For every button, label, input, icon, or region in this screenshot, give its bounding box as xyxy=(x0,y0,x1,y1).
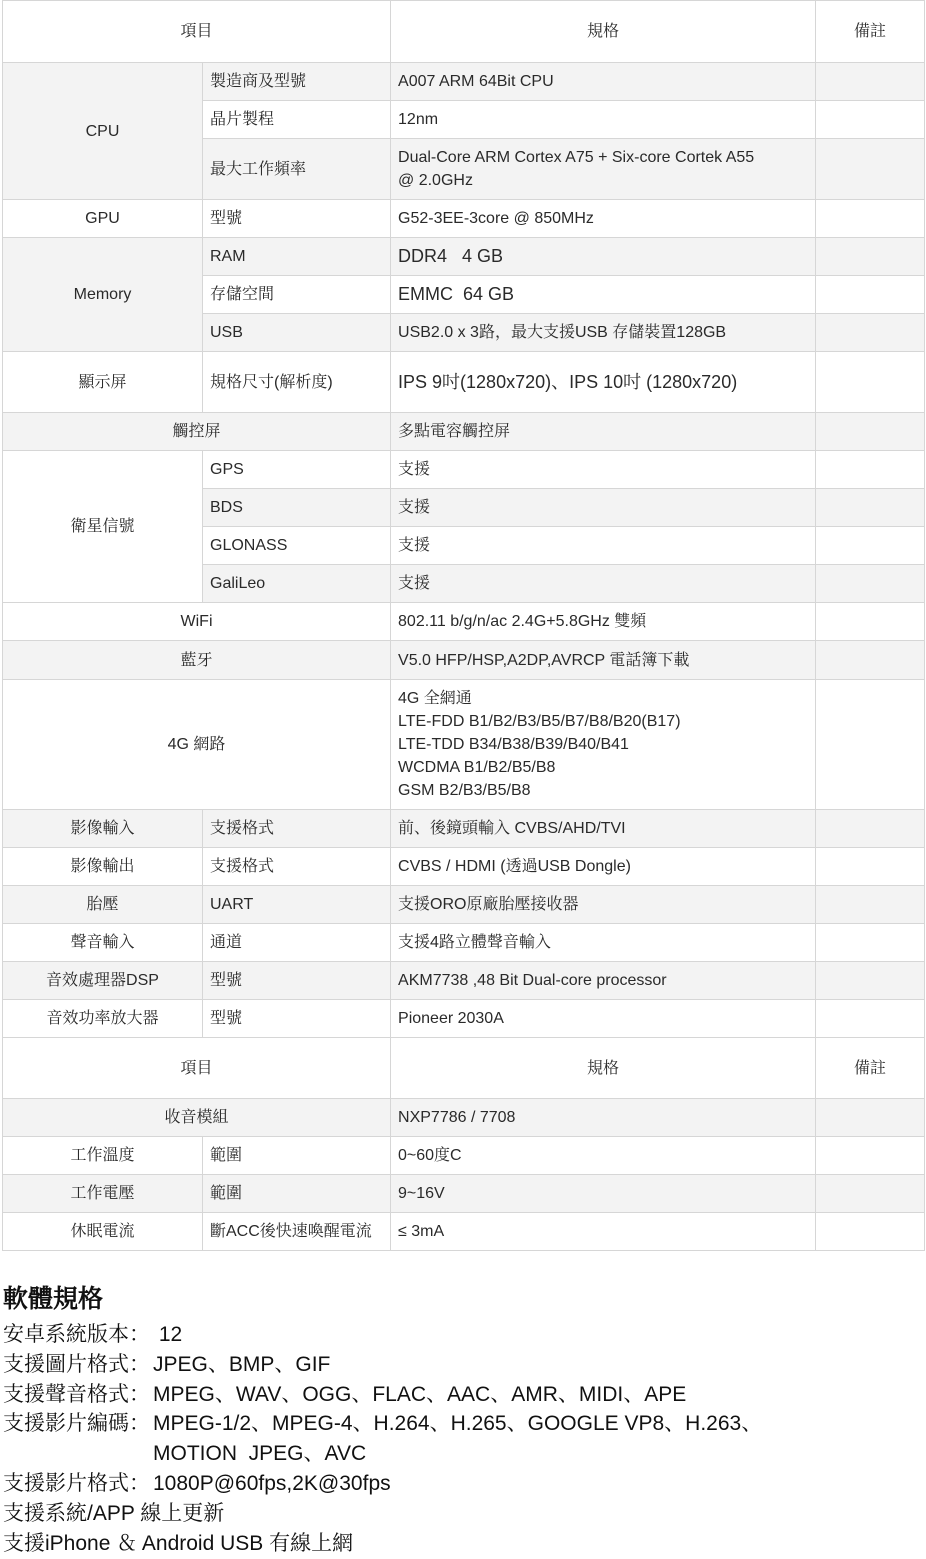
hardware-spec-table: 項目 規格 備註 CPU 製造商及型號 A007 ARM 64Bit CPU 晶… xyxy=(2,0,925,1038)
group-gpu: GPU xyxy=(3,200,203,238)
row-label: 製造商及型號 xyxy=(203,63,391,101)
row-note xyxy=(816,810,925,848)
spec-line-video-formats: 支援影片格式： 1080P@60fps,2K@30fps xyxy=(3,1469,762,1499)
row-label: 型號 xyxy=(203,1000,391,1038)
table-row: 衛星信號 GPS 支援 xyxy=(3,451,925,489)
row-note xyxy=(816,451,925,489)
spec-line-android: 安卓系統版本： 12 xyxy=(3,1320,762,1350)
row-label: USB xyxy=(203,314,391,352)
row-spec: CVBS / HDMI (透過USB Dongle) xyxy=(391,848,816,886)
spec-label: 支援圖片格式： xyxy=(3,1350,153,1380)
row-spec: EMMC 64 GB xyxy=(391,276,816,314)
row-note xyxy=(816,924,925,962)
table-row: 4G 網路 4G 全網通 LTE-FDD B1/B2/B3/B5/B7/B8/B… xyxy=(3,680,925,810)
row-label: 存儲空間 xyxy=(203,276,391,314)
table-row: 觸控屏 多點電容觸控屏 xyxy=(3,413,925,451)
spec-line: LTE-FDD B1/B2/B3/B5/B7/B8/B20(B17) xyxy=(398,710,808,733)
row-spec: 支援ORO原廠胎壓接收器 xyxy=(391,886,816,924)
row-spec: 支援 xyxy=(391,489,816,527)
row-note xyxy=(816,1137,925,1175)
group-memory: Memory xyxy=(3,238,203,352)
row-spec: 支援 xyxy=(391,451,816,489)
row-note xyxy=(816,603,925,641)
hardware-spec-table-2: 項目 規格 備註 收音模組 NXP7786 / 7708 工作溫度 範圍 0~6… xyxy=(2,1037,925,1251)
spec-line: GSM B2/B3/B5/B8 xyxy=(398,779,808,802)
header-spec: 規格 xyxy=(391,1,816,63)
row-label: 支援格式 xyxy=(203,848,391,886)
row-spec: 9~16V xyxy=(391,1175,816,1213)
row-note xyxy=(816,1175,925,1213)
row-label: UART xyxy=(203,886,391,924)
row-label: 晶片製程 xyxy=(203,101,391,139)
row-note xyxy=(816,139,925,200)
group-cpu: CPU xyxy=(3,63,203,200)
group-wifi: WiFi xyxy=(3,603,391,641)
spec-line-image-formats: 支援圖片格式： JPEG、BMP、GIF xyxy=(3,1350,762,1380)
table-row: 音效功率放大器 型號 Pioneer 2030A xyxy=(3,1000,925,1038)
table-row: 聲音輸入 通道 支援4路立體聲音輸入 xyxy=(3,924,925,962)
row-label: 通道 xyxy=(203,924,391,962)
row-spec: G52-3EE-3core @ 850MHz xyxy=(391,200,816,238)
spec-label: 支援影片格式： xyxy=(3,1469,153,1499)
spec-line-tethering: 支援iPhone ＆ Android USB 有線上網 xyxy=(3,1529,762,1559)
row-note xyxy=(816,962,925,1000)
group-tpms: 胎壓 xyxy=(3,886,203,924)
group-display: 顯示屏 xyxy=(3,352,203,413)
group-operating-voltage: 工作電壓 xyxy=(3,1175,203,1213)
row-spec: 12nm xyxy=(391,101,816,139)
spec-label: 支援影片編碼： xyxy=(3,1409,153,1439)
header-spec: 規格 xyxy=(391,1038,816,1099)
row-spec: IPS 9吋(1280x720)、IPS 10吋 (1280x720) xyxy=(391,352,816,413)
spec-value: MPEG-1/2、MPEG-4、H.264、H.265、GOOGLE VP8、H… xyxy=(153,1409,762,1439)
table-row: WiFi 802.11 b/g/n/ac 2.4G+5.8GHz 雙頻 xyxy=(3,603,925,641)
table-row: 藍牙 V5.0 HFP/HSP,A2DP,AVRCP 電話簿下載 xyxy=(3,641,925,680)
row-note xyxy=(816,314,925,352)
row-label: 型號 xyxy=(203,962,391,1000)
row-spec: 前、後鏡頭輸入 CVBS/AHD/TVI xyxy=(391,810,816,848)
row-spec: 支援 xyxy=(391,565,816,603)
spec-label: 安卓系統版本： xyxy=(3,1320,153,1350)
header-item: 項目 xyxy=(3,1,391,63)
row-note xyxy=(816,200,925,238)
row-label: GPS xyxy=(203,451,391,489)
spec-line-ota: 支援系統/APP 線上更新 xyxy=(3,1499,762,1529)
row-label: 支援格式 xyxy=(203,810,391,848)
table-row: 音效處理器DSP 型號 AKM7738 ,48 Bit Dual-core pr… xyxy=(3,962,925,1000)
row-note xyxy=(816,1099,925,1137)
row-spec: Dual-Core ARM Cortex A75 + Six-core Cort… xyxy=(391,139,816,200)
group-audio-input: 聲音輸入 xyxy=(3,924,203,962)
group-radio: 收音模組 xyxy=(3,1099,391,1137)
spec-line: 4G 全網通 xyxy=(398,687,808,710)
row-label: GLONASS xyxy=(203,527,391,565)
row-label: 範圍 xyxy=(203,1137,391,1175)
group-dsp: 音效處理器DSP xyxy=(3,962,203,1000)
row-note xyxy=(816,1213,925,1251)
group-bluetooth: 藍牙 xyxy=(3,641,391,680)
table-row: 工作電壓 範圍 9~16V xyxy=(3,1175,925,1213)
row-note xyxy=(816,489,925,527)
spec-codec-continuation: MOTION JPEG、AVC xyxy=(153,1439,762,1469)
spec-line: @ 2.0GHz xyxy=(398,169,808,192)
table-row: 影像輸入 支援格式 前、後鏡頭輸入 CVBS/AHD/TVI xyxy=(3,810,925,848)
row-note xyxy=(816,641,925,680)
row-label: GaliLeo xyxy=(203,565,391,603)
spec-label: 支援聲音格式： xyxy=(3,1380,153,1410)
row-note xyxy=(816,527,925,565)
row-spec: AKM7738 ,48 Bit Dual-core processor xyxy=(391,962,816,1000)
table-row: 顯示屏 規格尺寸(解析度) IPS 9吋(1280x720)、IPS 10吋 (… xyxy=(3,352,925,413)
row-spec: NXP7786 / 7708 xyxy=(391,1099,816,1137)
row-label: RAM xyxy=(203,238,391,276)
table-row: 收音模組 NXP7786 / 7708 xyxy=(3,1099,925,1137)
group-satellite: 衛星信號 xyxy=(3,451,203,603)
group-video-input: 影像輸入 xyxy=(3,810,203,848)
row-spec: ≤ 3mA xyxy=(391,1213,816,1251)
table-row: 休眠電流 斷ACC後快速喚醒電流 ≤ 3mA xyxy=(3,1213,925,1251)
spec-value: 12 xyxy=(153,1320,182,1350)
software-spec-section: 軟體規格 安卓系統版本： 12 支援圖片格式： JPEG、BMP、GIF 支援聲… xyxy=(3,1284,762,1558)
spec-line: LTE-TDD B34/B38/B39/B40/B41 xyxy=(398,733,808,756)
spec-value: 1080P@60fps,2K@30fps xyxy=(153,1469,391,1499)
row-note xyxy=(816,848,925,886)
row-note xyxy=(816,565,925,603)
table-row: CPU 製造商及型號 A007 ARM 64Bit CPU xyxy=(3,63,925,101)
row-spec: 支援 xyxy=(391,527,816,565)
group-amplifier: 音效功率放大器 xyxy=(3,1000,203,1038)
row-spec: 4G 全網通 LTE-FDD B1/B2/B3/B5/B7/B8/B20(B17… xyxy=(391,680,816,810)
row-spec: DDR4 4 GB xyxy=(391,238,816,276)
row-label: 斷ACC後快速喚醒電流 xyxy=(203,1213,391,1251)
header-note: 備註 xyxy=(816,1038,925,1099)
table-row: 胎壓 UART 支援ORO原廠胎壓接收器 xyxy=(3,886,925,924)
row-note xyxy=(816,413,925,451)
spec-line: WCDMA B1/B2/B5/B8 xyxy=(398,756,808,779)
row-spec: A007 ARM 64Bit CPU xyxy=(391,63,816,101)
group-operating-temp: 工作溫度 xyxy=(3,1137,203,1175)
spec-line: Dual-Core ARM Cortex A75 + Six-core Cort… xyxy=(398,146,808,169)
row-note xyxy=(816,680,925,810)
section-title: 軟體規格 xyxy=(3,1284,762,1314)
row-spec: Pioneer 2030A xyxy=(391,1000,816,1038)
spec-line-video-codecs: 支援影片編碼： MPEG-1/2、MPEG-4、H.264、H.265、GOOG… xyxy=(3,1409,762,1439)
group-sleep-current: 休眠電流 xyxy=(3,1213,203,1251)
row-spec: 多點電容觸控屏 xyxy=(391,413,816,451)
header-note: 備註 xyxy=(816,1,925,63)
group-4g-network: 4G 網路 xyxy=(3,680,391,810)
row-note xyxy=(816,238,925,276)
table-row: Memory RAM DDR4 4 GB xyxy=(3,238,925,276)
header-item: 項目 xyxy=(3,1038,391,1099)
row-spec: 802.11 b/g/n/ac 2.4G+5.8GHz 雙頻 xyxy=(391,603,816,641)
spec-value: JPEG、BMP、GIF xyxy=(153,1350,330,1380)
row-label: 最大工作頻率 xyxy=(203,139,391,200)
spec-line-audio-formats: 支援聲音格式： MPEG、WAV、OGG、FLAC、AAC、AMR、MIDI、A… xyxy=(3,1380,762,1410)
table-header-row: 項目 規格 備註 xyxy=(3,1,925,63)
row-label: 規格尺寸(解析度) xyxy=(203,352,391,413)
table-row: 工作溫度 範圍 0~60度C xyxy=(3,1137,925,1175)
row-note xyxy=(816,63,925,101)
group-video-output: 影像輸出 xyxy=(3,848,203,886)
row-spec: 支援4路立體聲音輸入 xyxy=(391,924,816,962)
row-label: 型號 xyxy=(203,200,391,238)
row-note xyxy=(816,352,925,413)
row-note xyxy=(816,1000,925,1038)
spec-value: MPEG、WAV、OGG、FLAC、AAC、AMR、MIDI、APE xyxy=(153,1380,686,1410)
row-label: BDS xyxy=(203,489,391,527)
row-note xyxy=(816,276,925,314)
row-spec: V5.0 HFP/HSP,A2DP,AVRCP 電話簿下載 xyxy=(391,641,816,680)
row-spec: 0~60度C xyxy=(391,1137,816,1175)
table-header-row: 項目 規格 備註 xyxy=(3,1038,925,1099)
row-label: 範圍 xyxy=(203,1175,391,1213)
group-touch: 觸控屏 xyxy=(3,413,391,451)
table-row: 影像輸出 支援格式 CVBS / HDMI (透過USB Dongle) xyxy=(3,848,925,886)
row-spec: USB2.0 x 3路，最大支援USB 存儲裝置128GB xyxy=(391,314,816,352)
row-note xyxy=(816,101,925,139)
row-note xyxy=(816,886,925,924)
table-row: GPU 型號 G52-3EE-3core @ 850MHz xyxy=(3,200,925,238)
